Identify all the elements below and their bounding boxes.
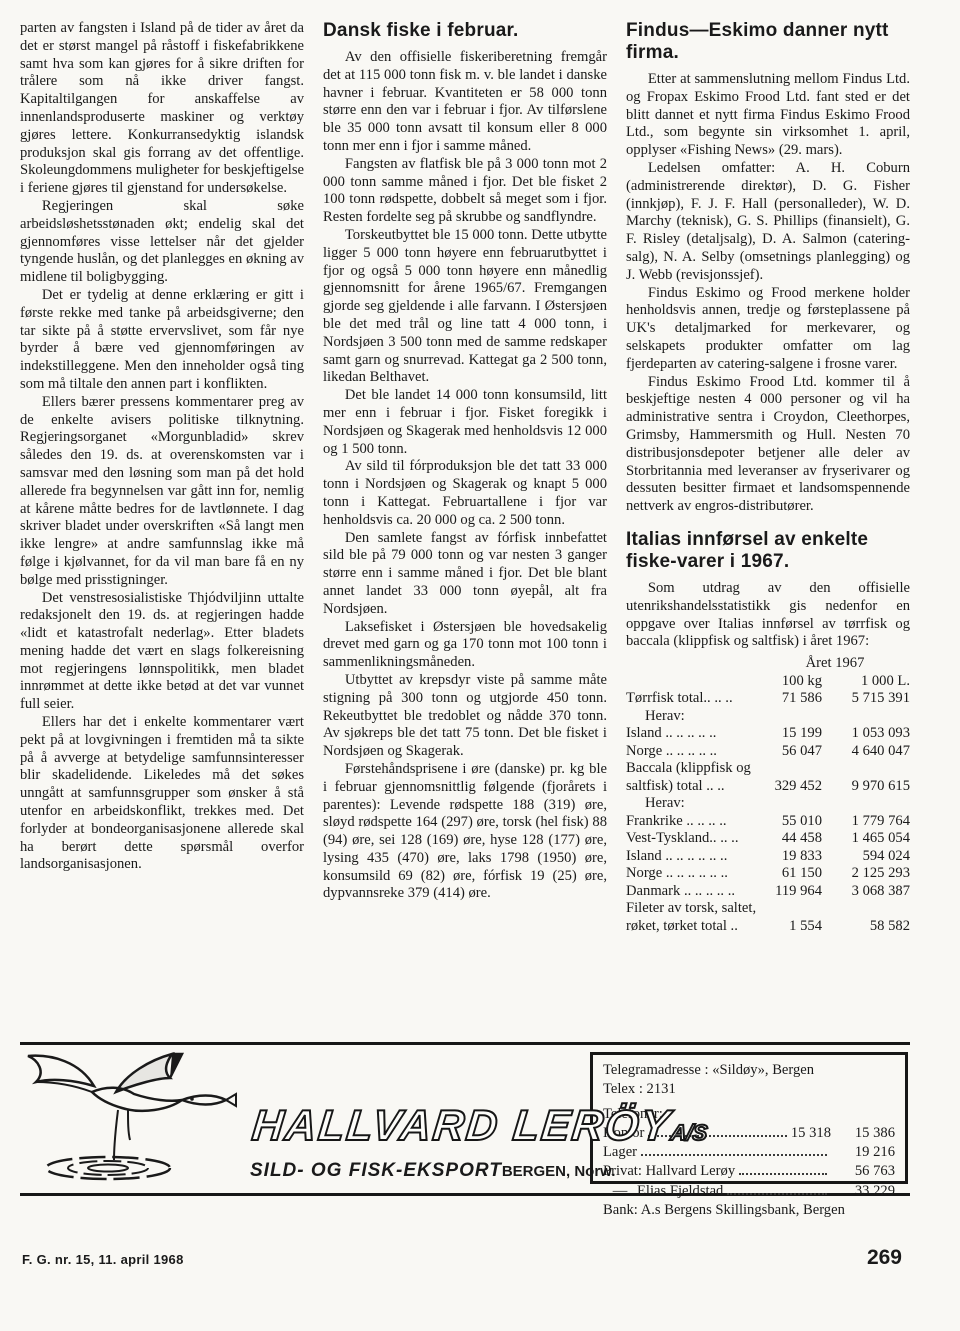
table-row: Island .. .. .. .. .. .. 19 833 594 024 <box>626 848 910 866</box>
paragraph: Fangsten av flatfisk ble på 3 000 tonn m… <box>323 156 607 227</box>
table-row: Herav: <box>626 795 910 813</box>
paragraph: Findus Eskimo og Frood merkene holder he… <box>626 285 910 374</box>
paragraph: Ellers bærer pressens kommentarer preg a… <box>20 394 304 590</box>
column-3: Findus—Eskimo danner nytt firma. Etter a… <box>626 20 910 1036</box>
page-number: 269 <box>867 1246 902 1270</box>
table-row: Danmark .. .. .. .. .. 119 964 3 068 387 <box>626 883 910 901</box>
phone-row: — Elias Fjeldstad 33 229 <box>603 1182 895 1201</box>
table-header-year: Året 1967 <box>626 655 910 673</box>
paragraph: Det er tydelig at denne erklæring er git… <box>20 287 304 394</box>
dot-leader <box>641 1154 827 1156</box>
telex-number: Telex : 2131 <box>603 1080 895 1099</box>
seagull-fish-illustration-icon <box>22 1052 240 1184</box>
phone-row: Privat: Hallvard Lerøy 56 763 <box>603 1162 895 1181</box>
paragraph: Som utdrag av den offisielle utenrikshan… <box>626 580 910 651</box>
table-row: Herav: <box>626 708 910 726</box>
paragraph: Findus Eskimo Frood Ltd. kommer til å be… <box>626 374 910 516</box>
paragraph: Torskeutbyttet ble 15 000 tonn. Dette ut… <box>323 227 607 387</box>
dot-leader <box>727 1193 827 1195</box>
magazine-page: parten av fangsten i Island på de tider … <box>0 0 960 1270</box>
paragraph: Det ble landet 14 000 tonn konsumsild, l… <box>323 387 607 458</box>
advertiser-logo-block: HALLVARD LERÖYA/S SILD- OG FISK-EKSPORT … <box>250 1052 580 1184</box>
table-row: Frankrike .. .. .. .. 55 010 1 779 764 <box>626 813 910 831</box>
paragraph: Ledelsen omfatter: A. H. Coburn (adminis… <box>626 160 910 285</box>
advertiser-tagline: SILD- OG FISK-EKSPORT <box>250 1160 502 1182</box>
paragraph: Regjeringen skal søke arbeidsløshetsstøn… <box>20 198 304 287</box>
dot-leader <box>739 1173 827 1175</box>
table-row: Tørrfisk total.. .. .. 71 586 5 715 391 <box>626 690 910 708</box>
paragraph: Av sild til fórproduksjon ble det tatt 3… <box>323 458 607 529</box>
article-heading-dansk-fiske: Dansk fiske i februar. <box>323 20 607 42</box>
table-row: Norge .. .. .. .. .. 56 047 4 640 047 <box>626 743 910 761</box>
paragraph: Etter at sammenslutning mellom Findus Lt… <box>626 71 910 160</box>
issue-reference: F. G. nr. 15, 11. april 1968 <box>22 1252 184 1267</box>
table-row: Vest-Tyskland.. .. .. 44 458 1 465 054 <box>626 830 910 848</box>
column-2: Dansk fiske i februar. Av den offisielle… <box>323 20 607 1036</box>
page-footer: F. G. nr. 15, 11. april 1968 269 <box>20 1246 910 1270</box>
article-columns: parten av fangsten i Island på de tider … <box>20 20 910 1036</box>
article-heading-findus-eskimo: Findus—Eskimo danner nytt firma. <box>626 20 910 64</box>
table-row: Baccala (klippfisk og saltfisk) total ..… <box>626 760 910 795</box>
advertiser-logo: HALLVARD LERÖYA/S <box>250 1105 585 1148</box>
paragraph: Av den offisielle fiskeriberetning fremg… <box>323 49 607 156</box>
column-1: parten av fangsten i Island på de tider … <box>20 20 304 1036</box>
paragraph: Ellers har det i enkelte kommentarer vær… <box>20 714 304 874</box>
bank-line: Bank: A.s Bergens Skillingsbank, Bergen <box>603 1201 895 1220</box>
paragraph: Utbyttet av krepsdyr viste på samme måte… <box>323 672 607 761</box>
telegram-address: Telegramadresse : «Sildøy», Bergen <box>603 1061 895 1080</box>
table-col-kg: 100 kg <box>760 673 822 691</box>
table-year-label: Året 1967 <box>760 655 910 673</box>
logo-text: HALLVARD LERÖY <box>250 1102 674 1150</box>
table-header-units: 100 kg 1 000 L. <box>626 673 910 691</box>
paragraph: Det venstresosialistiske Thjódviljinn ut… <box>20 590 304 715</box>
logo-company-suffix: A/S <box>669 1120 708 1145</box>
table-col-lire: 1 000 L. <box>822 673 910 691</box>
table-row: Fileter av torsk, saltet, røket, tørket … <box>626 900 910 935</box>
table-row: Island .. .. .. .. .. 15 199 1 053 093 <box>626 725 910 743</box>
paragraph: Laksefisket i Østersjøen ble hovedsakeli… <box>323 619 607 672</box>
advertisement-hallvard-leroy: HALLVARD LERÖYA/S SILD- OG FISK-EKSPORT … <box>20 1042 910 1196</box>
table-row: Norge .. .. .. .. .. .. 61 150 2 125 293 <box>626 865 910 883</box>
paragraph: parten av fangsten i Island på de tider … <box>20 20 304 198</box>
article-heading-italias-innforsel: Italias innførsel av enkelte fiske-varer… <box>626 529 910 573</box>
paragraph: Den samlete fangst av fórfisk innbefatte… <box>323 530 607 619</box>
paragraph: Førstehåndsprisene i øre (danske) pr. kg… <box>323 761 607 903</box>
import-statistics-table: Året 1967 100 kg 1 000 L. Tørrfisk total… <box>626 655 910 935</box>
